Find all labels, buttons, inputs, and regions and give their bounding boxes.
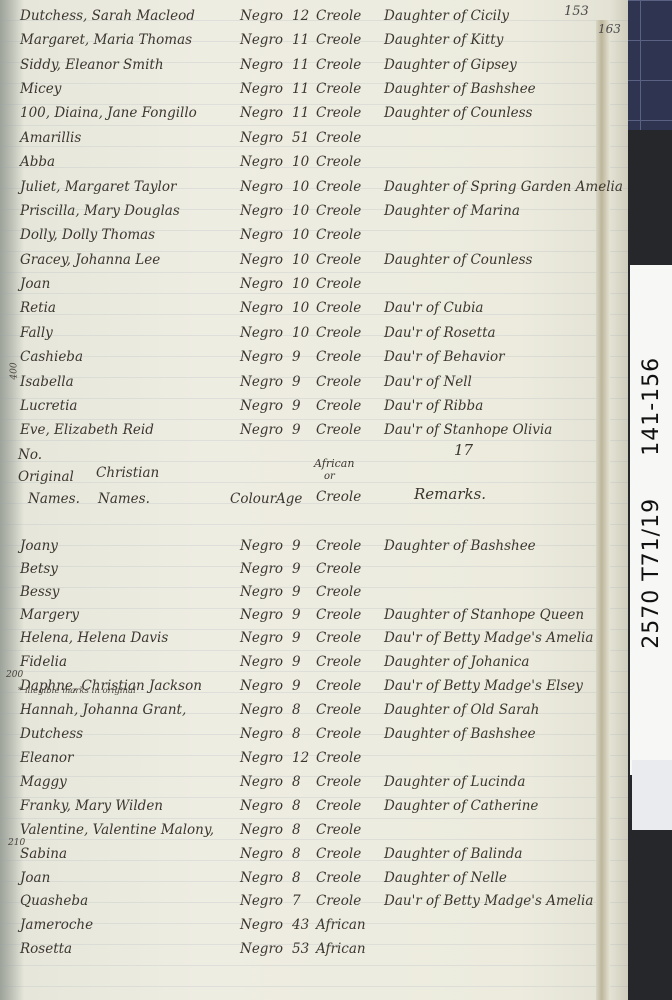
paper-slip — [632, 760, 672, 830]
table-row: Priscilla, Mary Douglas Negro 10 Creole … — [14, 203, 614, 225]
header-origin-line1: African — [314, 457, 354, 470]
archive-reference-label: 2570 T71/19 141-156 — [630, 265, 672, 775]
header-age: Age — [276, 491, 302, 507]
table-row: Rosetta Negro 53 African — [14, 941, 614, 963]
header-colour: Colour — [230, 491, 276, 507]
table-row: Dolly, Dolly Thomas Negro 10 Creole — [14, 227, 614, 249]
header-origin-line3: Creole — [316, 489, 361, 505]
table-row: Fally Negro 10 Creole Dau'r of Rosetta — [14, 325, 614, 347]
table-row: Siddy, Eleanor Smith Negro 11 Creole Dau… — [14, 57, 614, 79]
table-row: Joany Negro 9 Creole Daughter of Bashshe… — [14, 538, 614, 560]
table-row: Isabella Negro 9 Creole Dau'r of Nell — [14, 374, 614, 396]
table-row: Dutchess, Sarah Macleod Negro 12 Creole … — [14, 8, 614, 30]
archive-reference: 2570 T71/19 — [639, 498, 664, 649]
table-row: Betsy Negro 9 Creole — [14, 561, 614, 583]
table-row: Dutchess Negro 8 Creole Daughter of Bash… — [14, 726, 614, 748]
table-row: Juliet, Margaret Taylor Negro 10 Creole … — [14, 179, 614, 201]
table-row: Eleanor Negro 12 Creole — [14, 750, 614, 772]
header-origin-line2: or — [324, 471, 335, 482]
table-row: Amarillis Negro 51 Creole — [14, 130, 614, 152]
table-row: Valentine, Valentine Malony, Negro 8 Cre… — [14, 822, 614, 844]
table-row: Hannah, Johanna Grant, Negro 8 Creole Da… — [14, 702, 614, 724]
header-christian-line1: Christian — [96, 465, 159, 481]
table-row: Quasheba Negro 7 Creole Dau'r of Betty M… — [14, 893, 614, 915]
table-row: Retia Negro 10 Creole Dau'r of Cubia — [14, 300, 614, 322]
continuation-number: 17 — [454, 441, 473, 459]
table-row: Franky, Mary Wilden Negro 8 Creole Daugh… — [14, 798, 614, 820]
table-row: Cashieba Negro 9 Creole Dau'r of Behavio… — [14, 349, 614, 371]
header-remarks: Remarks. — [414, 485, 486, 503]
table-row: Jameroche Negro 43 African — [14, 917, 614, 939]
header-christian-line2: Names. — [98, 491, 150, 507]
column-header: 17 No. Original Names. Christian Names. … — [14, 445, 614, 525]
table-row: Gracey, Johanna Lee Negro 10 Creole Daug… — [14, 252, 614, 274]
archive-folio-range: 141-156 — [639, 357, 664, 456]
table-row: Lucretia Negro 9 Creole Dau'r of Ribba — [14, 398, 614, 420]
asterisk-note: * illegible marks in original — [18, 686, 136, 696]
table-row: Abba Negro 10 Creole — [14, 154, 614, 176]
header-original-line1: Original — [18, 469, 74, 485]
table-row: Margaret, Maria Thomas Negro 11 Creole D… — [14, 32, 614, 54]
table-row: Helena, Helena Davis Negro 9 Creole Dau'… — [14, 630, 614, 652]
table-row: Sabina Negro 8 Creole Daughter of Balind… — [14, 846, 614, 868]
table-row: Joan Negro 10 Creole — [14, 276, 614, 298]
ledger-page: 153 163 Dutchess, Sarah Macleod Negro 12… — [0, 0, 628, 1000]
table-row: Bessy Negro 9 Creole — [14, 584, 614, 606]
table-row: Maggy Negro 8 Creole Daughter of Lucinda — [14, 774, 614, 796]
table-row: Eve, Elizabeth Reid Negro 9 Creole Dau'r… — [14, 422, 614, 444]
header-no: No. — [18, 447, 42, 463]
header-original-line2: Names. — [28, 491, 80, 507]
table-row: Joan Negro 8 Creole Daughter of Nelle — [14, 870, 614, 892]
table-row: Fidelia Negro 9 Creole Daughter of Johan… — [14, 654, 614, 676]
table-row: Margery Negro 9 Creole Daughter of Stanh… — [14, 607, 614, 629]
table-row: Micey Negro 11 Creole Daughter of Bashsh… — [14, 81, 614, 103]
table-row: 100, Diaina, Jane Fongillo Negro 11 Creo… — [14, 105, 614, 127]
